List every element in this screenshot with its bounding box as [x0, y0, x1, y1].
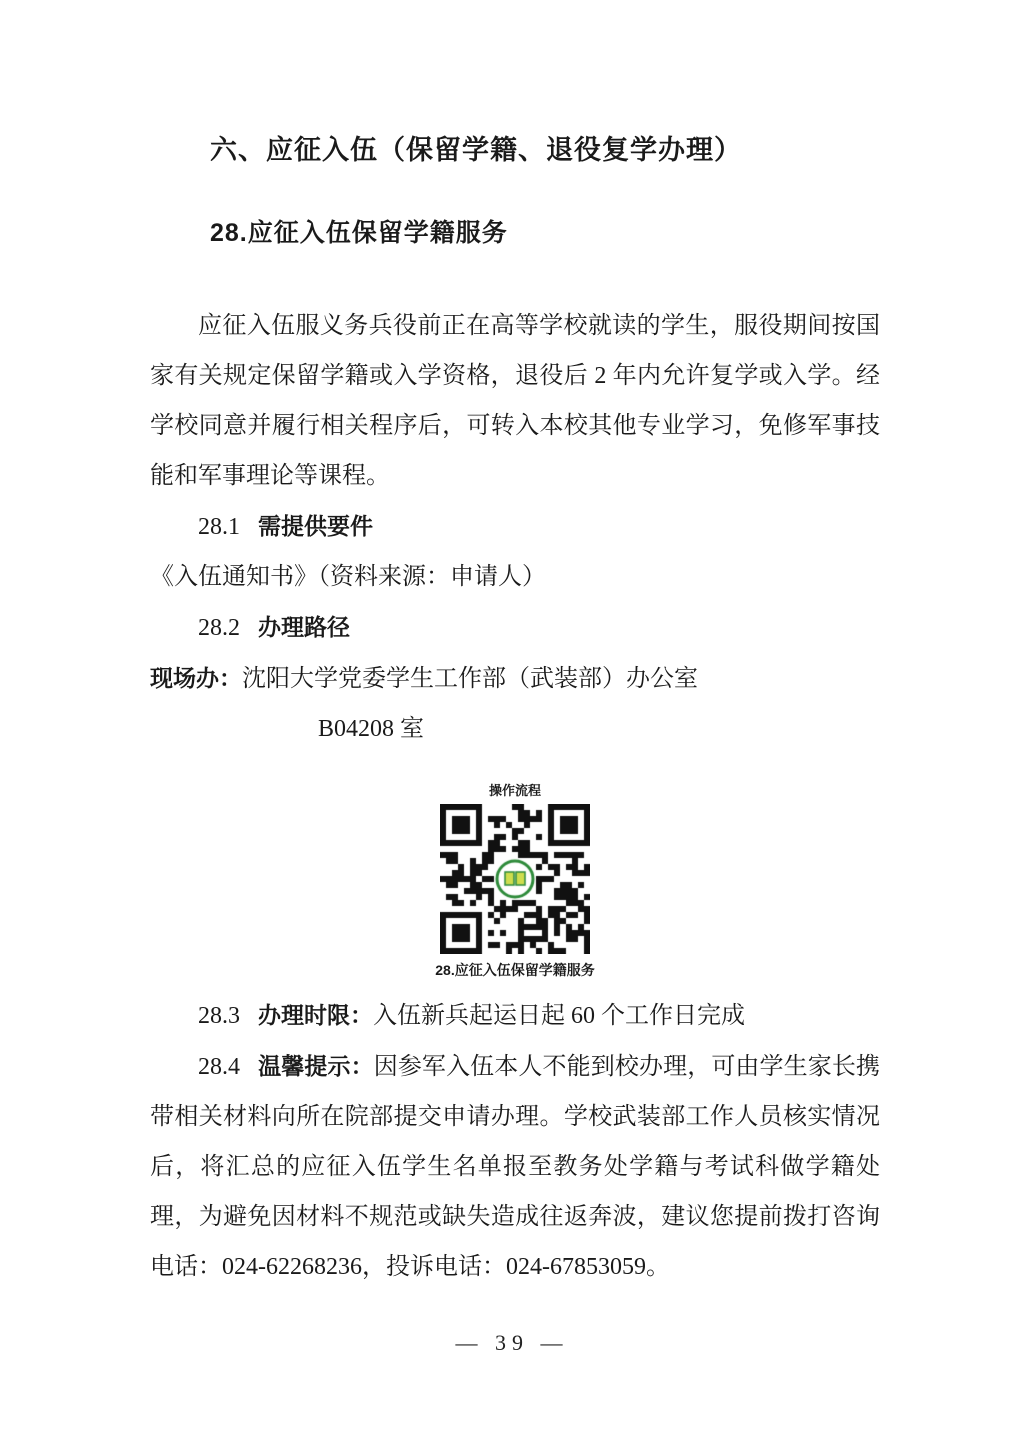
item-label: 办理时限： [258, 1002, 373, 1028]
site-label: 现场办： [150, 665, 242, 691]
item-number: 28.1 [198, 514, 240, 540]
item-28-3-line: 28.3办理时限：入伍新兵起运日起 60 个工作日完成 [150, 990, 880, 1041]
item-label: 温馨提示： [258, 1053, 374, 1079]
intro-paragraph: 应征入伍服义务兵役前正在高等学校就读的学生，服役期间按国家有关规定保留学籍或入学… [150, 301, 880, 501]
item-28-2-room-line: B04208 室 [318, 704, 880, 754]
item-number: 28.3 [198, 1003, 240, 1029]
item-28-1-heading: 28.1需提供要件 [150, 501, 880, 552]
section-heading: 六、应征入伍（保留学籍、退役复学办理） [210, 128, 880, 167]
item-text: 因参军入伍本人不能到校办理，可由学生家长携带相关材料向所在院部提交申请办理。学校… [150, 1054, 880, 1280]
item-28-4-paragraph: 28.4温馨提示：因参军入伍本人不能到校办理，可由学生家长携带相关材料向所在院部… [150, 1041, 880, 1292]
qr-block: 操作流程 28.应征入伍保留学籍服务 [425, 782, 605, 980]
item-label: 办理路径 [258, 614, 350, 640]
qr-caption-bottom: 28.应征入伍保留学籍服务 [425, 960, 605, 980]
item-number: 28.4 [198, 1054, 240, 1080]
item-text: 入伍新兵起运日起 60 个工作日完成 [373, 1003, 745, 1029]
qr-code-image [440, 804, 590, 954]
item-28-2-heading: 28.2办理路径 [150, 602, 880, 653]
qr-caption-top: 操作流程 [425, 782, 605, 800]
document-page: 六、应征入伍（保留学籍、退役复学办理） 28.应征入伍保留学籍服务 应征入伍服义… [0, 0, 1024, 1448]
item-number: 28.2 [198, 615, 240, 641]
item-28-2-site-line: 现场办：沈阳大学党委学生工作部（武装部）办公室 [150, 653, 880, 704]
item-28-1-content: 《入伍通知书》（资料来源：申请人） [150, 552, 880, 602]
site-text: 沈阳大学党委学生工作部（武装部）办公室 [242, 666, 698, 692]
page-number: — 39 — [0, 1330, 1024, 1356]
subsection-heading: 28.应征入伍保留学籍服务 [210, 213, 880, 249]
item-label: 需提供要件 [258, 513, 373, 539]
